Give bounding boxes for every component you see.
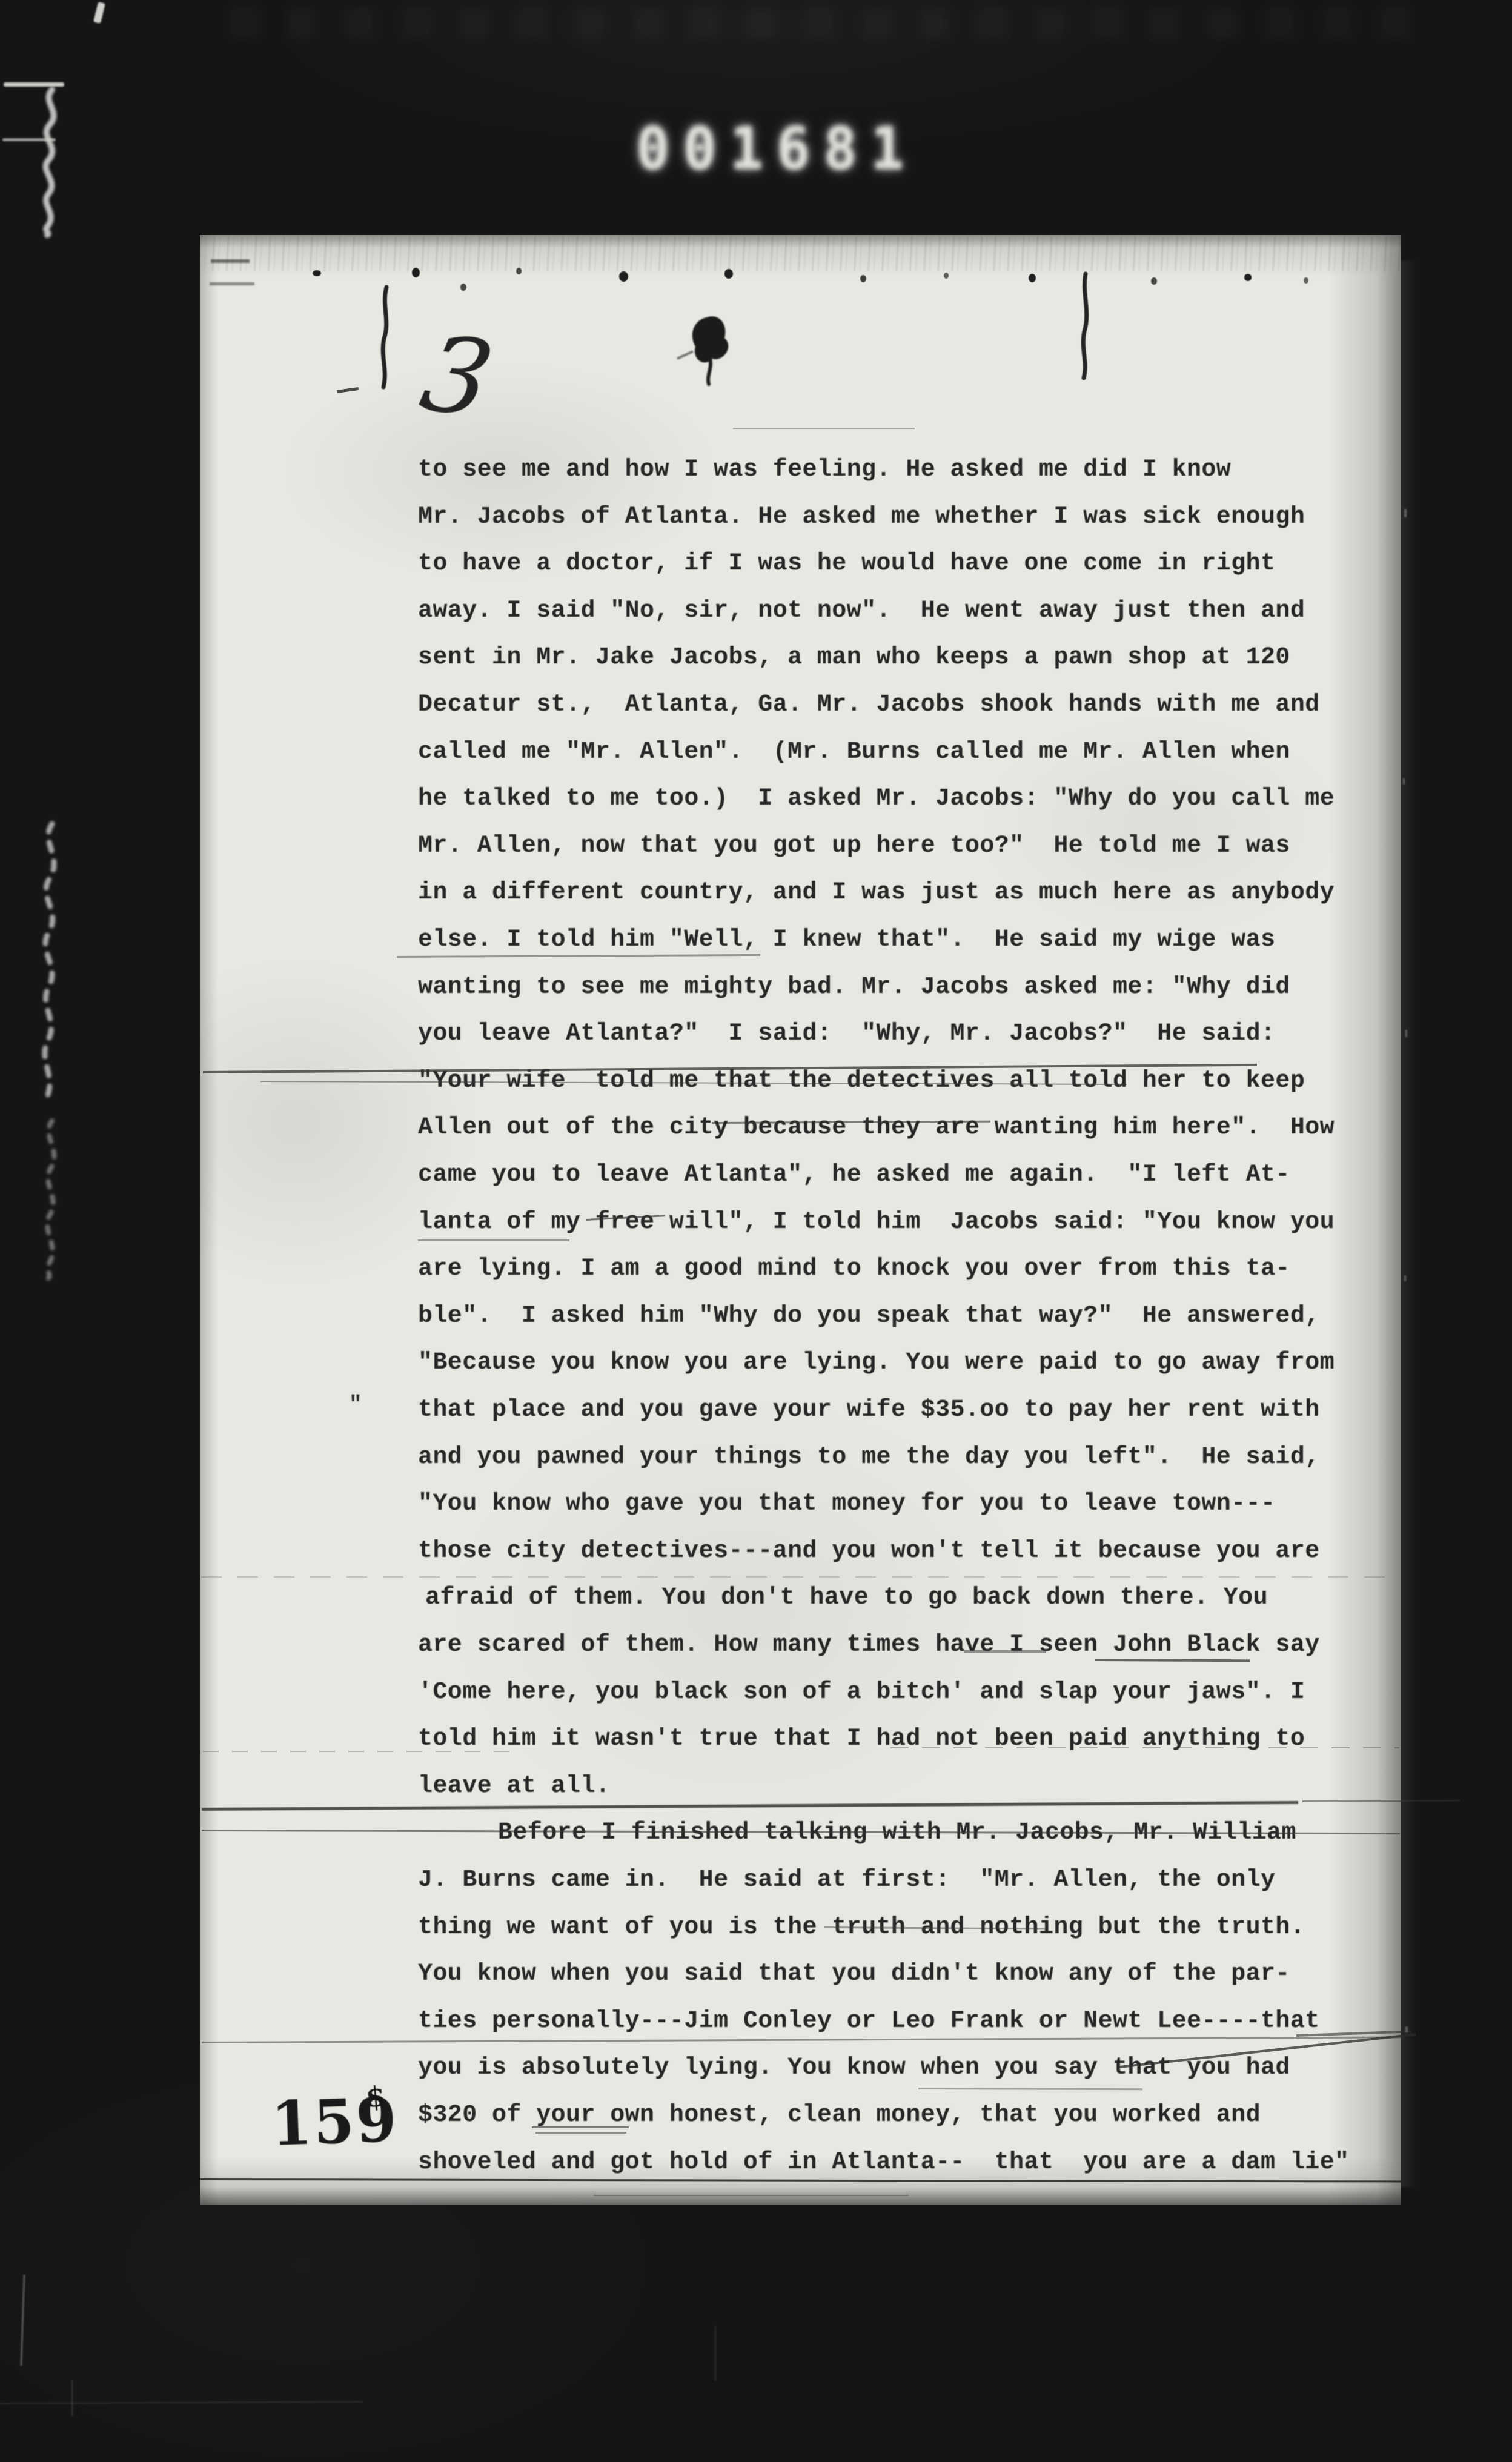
typed-line: are lying. I am a good mind to knock you… — [418, 1255, 1290, 1285]
film-edge-mark — [4, 82, 64, 87]
ink-speck — [944, 273, 949, 279]
page-bottom-edge-line — [594, 2195, 909, 2196]
scan-line — [890, 1747, 1399, 1748]
ink-speck — [412, 268, 420, 277]
ink-speck — [860, 275, 866, 282]
scan-line — [733, 428, 915, 429]
film-edge-tick — [1405, 1030, 1407, 1037]
typed-line: you is absolutely lying. You know when y… — [418, 2054, 1290, 2084]
typed-line: came you to leave Atlanta", he asked me … — [418, 1161, 1290, 1191]
paper-right-edge-shadow — [1401, 260, 1416, 2187]
scan-line — [201, 1576, 1394, 1578]
typed-line: told him it wasn't true that I had not b… — [418, 1725, 1305, 1755]
film-ghost-smudge — [230, 7, 1417, 39]
typed-line: sent in Mr. Jake Jacobs, a man who keeps… — [418, 643, 1290, 674]
scan-line — [203, 1751, 518, 1752]
typed-line: that place and you gave your wife $35.oo… — [418, 1396, 1320, 1426]
pencil-underline-mark — [535, 2132, 626, 2134]
typed-line: wanting to see me mighty bad. Mr. Jacobs… — [418, 973, 1290, 1003]
film-scratch — [715, 2326, 716, 2381]
pen-stroke-mark — [379, 287, 395, 387]
film-scratch — [71, 2380, 73, 2416]
margin-quote-mark: " — [349, 1392, 362, 1417]
typed-line: Mr. Allen, now that you got up here too?… — [418, 832, 1290, 862]
pen-stroke-mark — [1079, 274, 1095, 378]
typed-line: Decatur st., Atlanta, Ga. Mr. Jacobs sho… — [418, 691, 1320, 721]
ink-blot-mark — [688, 314, 737, 387]
typed-line: are scared of them. How many times have … — [418, 1631, 1320, 1661]
film-edge-tick — [1403, 778, 1405, 785]
pencil-underline-mark — [964, 1650, 1046, 1653]
typed-line: those city detectives---and you won't te… — [418, 1537, 1320, 1567]
pencil-underline-mark — [418, 1239, 569, 1241]
ink-speck — [1151, 277, 1157, 285]
film-edge-scribble — [35, 90, 71, 235]
typed-line: "You know who gave you that money for yo… — [418, 1490, 1275, 1520]
dollar-margin-mark: $ — [365, 2080, 387, 2114]
film-frame-number-stamp: 001681 — [636, 114, 917, 182]
typed-line: you leave Atlanta?" I said: "Why, Mr. Ja… — [418, 1020, 1275, 1050]
typed-line: away. I said "No, sir, not now". He went… — [418, 597, 1305, 627]
typed-line: Allen out of the city because they are w… — [418, 1113, 1335, 1144]
film-edge-tick — [1404, 1275, 1406, 1281]
typed-line: J. Burns came in. He said at first: "Mr.… — [418, 1866, 1275, 1896]
typed-line: to have a doctor, if I was he would have… — [418, 549, 1275, 580]
paper-top-speckle — [200, 236, 1401, 271]
film-edge-scribble — [34, 824, 73, 1097]
typed-line: Mr. Jacobs of Atlanta. He asked me wheth… — [418, 503, 1305, 533]
typed-line: to see me and how I was feeling. He aske… — [418, 456, 1231, 486]
ink-speck — [619, 271, 628, 282]
typed-line: You know when you said that you didn't k… — [418, 1960, 1290, 1990]
typed-line: afraid of them. You don't have to go bac… — [425, 1584, 1268, 1614]
typed-line: in a different country, and I was just a… — [418, 878, 1335, 909]
film-edge-mark — [2, 138, 56, 141]
film-edge-scribble — [36, 1121, 73, 1278]
edge-tear-mark — [210, 282, 254, 285]
ink-speck — [724, 269, 733, 279]
scanned-document-page: 001681 3 to see me and how I was f — [0, 0, 1512, 2462]
typed-line: shoveled and got hold of in Atlanta-- th… — [418, 2148, 1349, 2178]
typed-line: he talked to me too.) I asked Mr. Jacobs… — [418, 785, 1335, 815]
typed-line: leave at all. — [418, 1772, 610, 1802]
typed-line: else. I told him "Well, I knew that". He… — [418, 926, 1275, 956]
pencil-underline-mark — [532, 2126, 629, 2128]
typed-line: lanta of my free will", I told him Jacob… — [418, 1208, 1335, 1238]
typed-line: ties personally---Jim Conley or Leo Fran… — [418, 2007, 1320, 2037]
typed-line: 'Come here, you black son of a bitch' an… — [418, 1678, 1305, 1708]
ink-speck — [1304, 277, 1308, 284]
ink-speck — [516, 268, 522, 274]
film-scratch — [20, 2275, 25, 2366]
edge-tear-mark — [211, 259, 250, 263]
typed-line: ble". I asked him "Why do you speak that… — [418, 1302, 1320, 1332]
film-scratch — [0, 2401, 363, 2404]
typed-line: called me "Mr. Allen". (Mr. Burns called… — [418, 738, 1290, 768]
ink-speck — [460, 284, 466, 291]
ink-speck — [1244, 274, 1252, 281]
film-edge-tick — [1405, 2026, 1408, 2032]
typed-line: and you pawned your things to me the day… — [418, 1443, 1320, 1473]
ink-speck — [313, 270, 321, 276]
film-speck — [93, 2, 105, 24]
ink-speck — [1029, 274, 1036, 282]
typed-line: "Because you know you are lying. You wer… — [418, 1349, 1335, 1379]
film-edge-tick — [1404, 509, 1407, 517]
